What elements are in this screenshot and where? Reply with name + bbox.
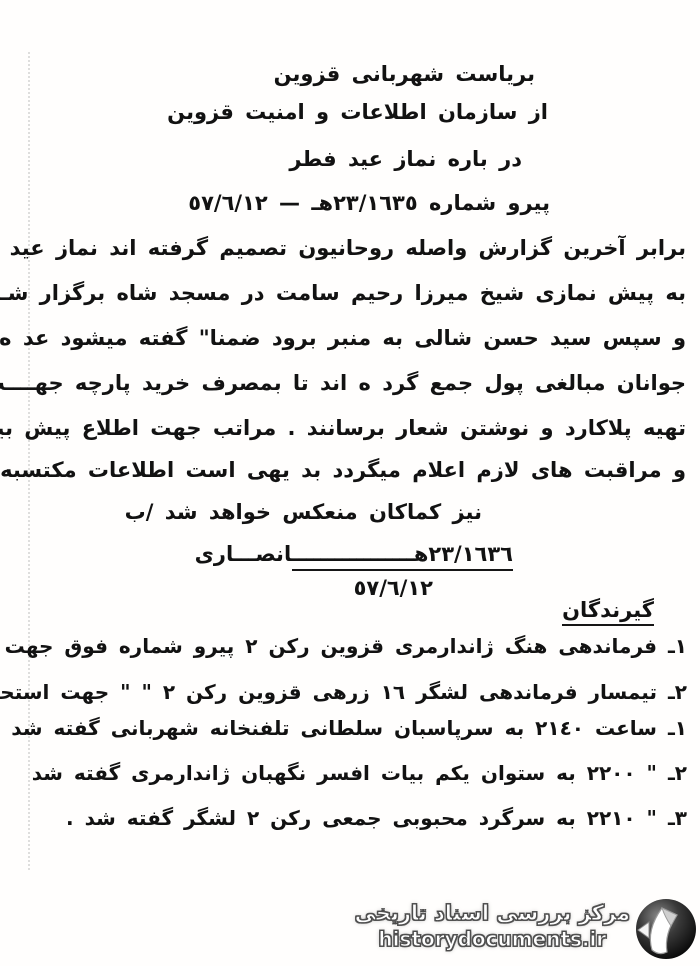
signatory-name: انصـــاری: [195, 542, 292, 566]
recipients-heading: گیرندگان: [562, 598, 654, 626]
body-line: و مراقبت های لازم اعلام میگردد بد یهی اس…: [0, 458, 686, 482]
body-line: به پیش نمازی شیخ میرزا رحیم سامت در مسجد…: [0, 281, 686, 305]
phone-note-item: ٣ـ " ٢٢١٠ به سرگرد محبوبی جمعی رکن ٢ لشگ…: [66, 806, 687, 830]
phone-note-item: ٢ـ " ٢٢٠٠ به ستوان یکم بیات افسر نگهبان …: [32, 761, 687, 785]
body-line: برابر آخرین گزارش واصله روحانیون تصمیم گ…: [0, 236, 686, 260]
scanned-document-page: بریاست شهربانی قزوین از سازمان اطلاعات و…: [0, 0, 700, 966]
archive-globe-document-logo-icon: [632, 896, 698, 962]
archive-watermark: مرکز بررسی اسناد تاریخی historydocuments…: [355, 896, 698, 962]
addressee-line: بریاست شهربانی قزوین: [274, 62, 535, 86]
recipient-item: ١ـ فرماندهی هنگ ژاندارمری قزوین رکن ٢ پی…: [0, 634, 687, 658]
archive-url-text: historydocuments.ir: [355, 927, 630, 952]
archive-name-text: مرکز بررسی اسناد تاریخی: [355, 900, 630, 926]
sender-line: از سازمان اطلاعات و امنیت قزوین: [167, 100, 548, 124]
body-line: و سپس سید حسن شالی به منبر برود ضمنا" گف…: [0, 326, 686, 350]
body-line: جوانان مبالغی پول جمع گرد ه اند تا بمصرف…: [0, 371, 686, 395]
body-line: نیز کماکان منعکس خواهد شد /ب: [125, 500, 482, 524]
watermark-text-block: مرکز بررسی اسناد تاریخی historydocuments…: [355, 900, 630, 957]
recipient-item: ٢ـ تیمسار فرماندهی لشگر ١٦ زرهی قزوین رک…: [0, 680, 687, 704]
reference-number-line: پیرو شماره ٢٣/١٦٣٥هـ — ٥٧/٦/١٢: [188, 191, 550, 215]
signature-row: ٢٣/١٦٣٦هـــــــــــــــــانصـــاری: [195, 542, 513, 566]
signature-file-number: ٢٣/١٦٣٦هـــــــــــــــــ: [292, 542, 513, 571]
body-line: تهیه پلاکارد و نوشتن شعار برسانند . مرات…: [0, 416, 686, 440]
subject-line: در باره نماز عید فطر: [289, 147, 522, 171]
signature-date: ٥٧/٦/١٢: [354, 576, 433, 600]
signature-connector-line: ــــــــــــــــ: [292, 542, 407, 566]
phone-note-item: ١ـ ساعت ٢١٤٠ به سرپاسبان سلطانی تلفنخانه…: [11, 716, 687, 740]
